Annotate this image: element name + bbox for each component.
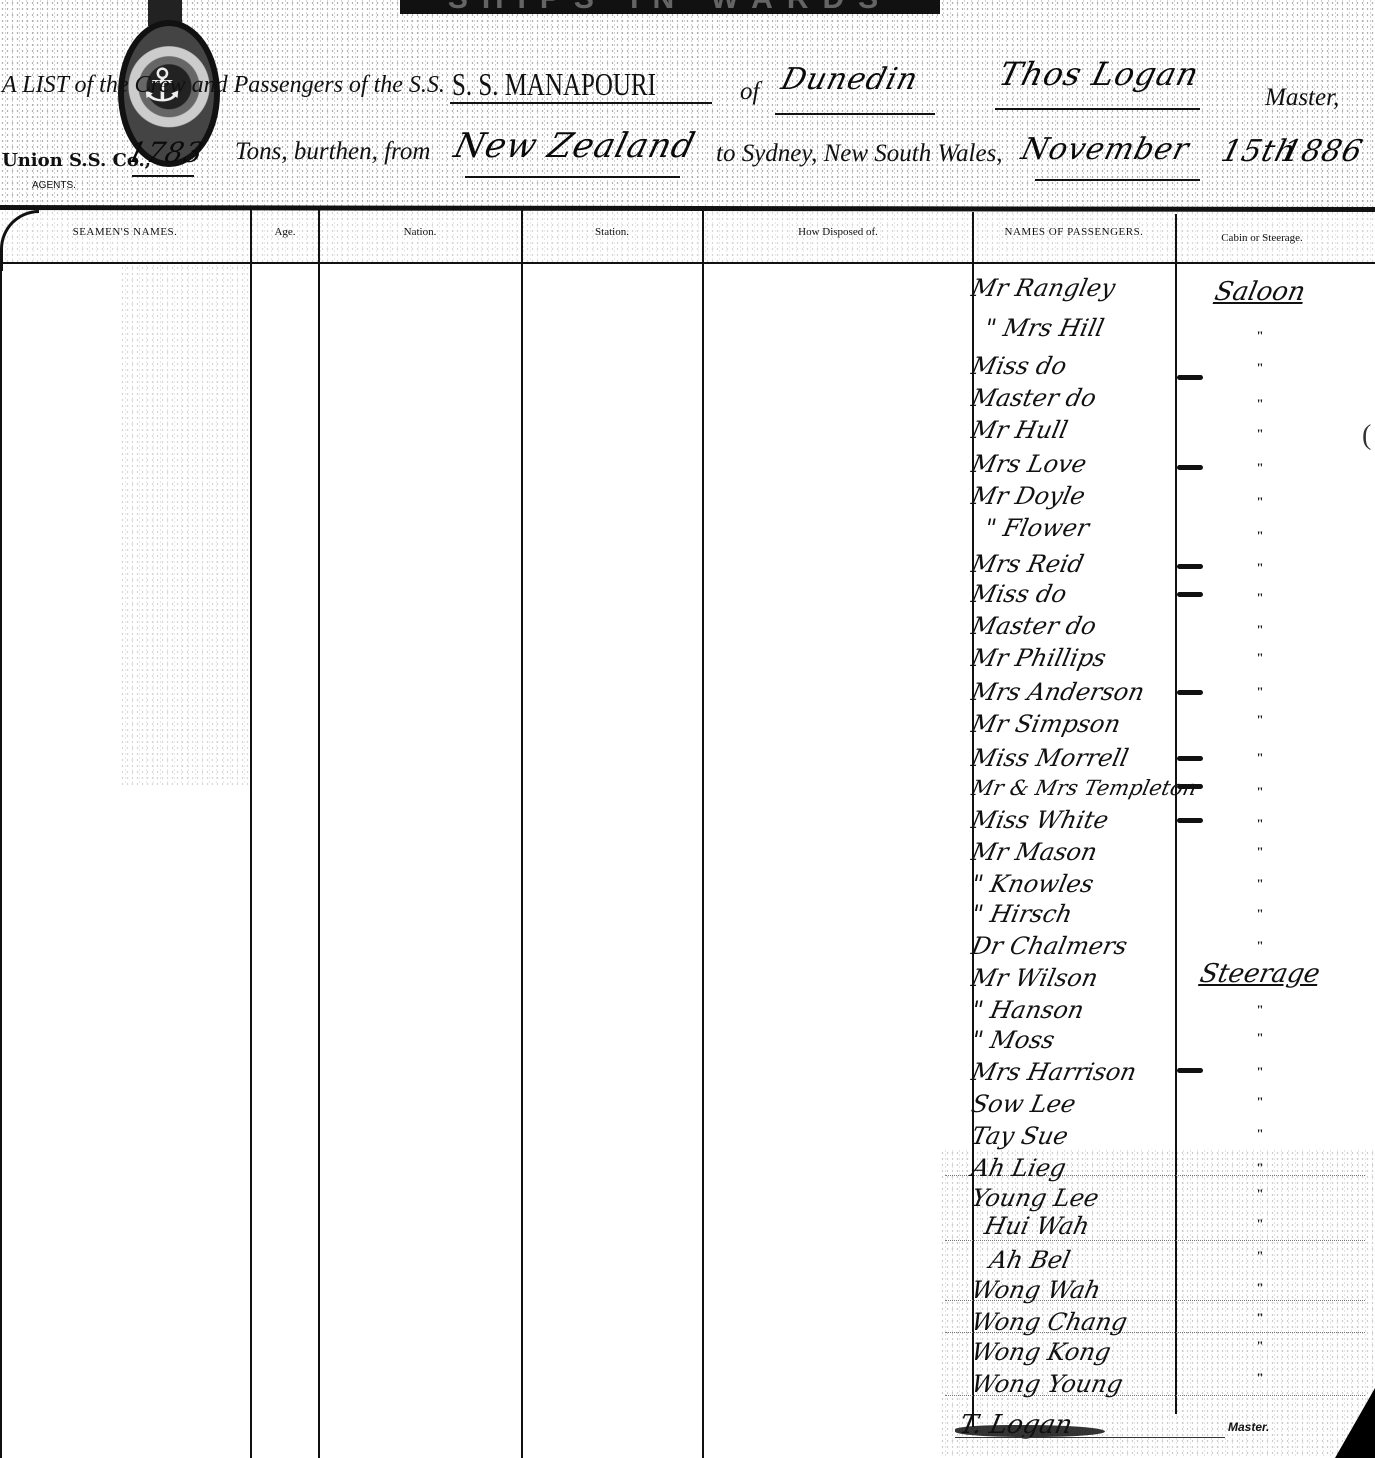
passenger-name: Mr Mason <box>969 836 1176 868</box>
passenger-name: Mr & Mrs Templeton <box>969 772 1176 804</box>
passenger-name: Mrs Reid <box>969 548 1176 580</box>
bracket-mark <box>1177 564 1203 569</box>
tons-label: Tons, burthen, from <box>235 138 430 166</box>
class-value: " <box>1180 642 1340 674</box>
title-banner-text: SHIPS IN WARDS <box>400 0 940 16</box>
column-divider-2 <box>318 210 320 1458</box>
date-month: November <box>1018 132 1193 167</box>
passenger-name: Tay Sue <box>969 1120 1176 1152</box>
class-value: " <box>1180 704 1340 736</box>
passenger-name: Hui Wah <box>982 1210 1189 1242</box>
port-underline <box>775 113 935 115</box>
header-rule-thin <box>0 262 1375 264</box>
class-value: " <box>1180 1118 1340 1150</box>
destination-label: to Sydney, New South Wales, <box>716 140 1003 168</box>
master-underline <box>995 108 1200 110</box>
bracket-mark <box>1177 375 1203 380</box>
passenger-name: Mr Hull <box>969 414 1176 446</box>
class-value: Steerage <box>1177 958 1344 990</box>
class-value: " <box>1180 1362 1340 1394</box>
departure-underline <box>465 176 680 178</box>
passenger-name: Mr Wilson <box>969 962 1176 994</box>
class-value: " <box>1180 1330 1340 1362</box>
ship-name: S. S. MANAPOURI <box>452 66 656 103</box>
column-header-station: Station. <box>523 226 701 238</box>
passenger-name: Mrs Harrison <box>969 1056 1176 1088</box>
class-value: " <box>1180 552 1340 584</box>
passenger-name: Sow Lee <box>969 1088 1176 1120</box>
signature-line <box>955 1437 1225 1438</box>
class-value: " <box>1180 898 1340 930</box>
class-value: " <box>1180 1178 1340 1210</box>
class-value: " <box>1180 868 1340 900</box>
class-value: " <box>1180 486 1340 518</box>
master-label: Master, <box>1265 84 1339 112</box>
class-value: " <box>1180 1086 1340 1118</box>
passenger-name: " Knowles <box>969 868 1176 900</box>
master-signature: T. Logan <box>957 1410 1075 1440</box>
bracket-mark <box>1177 1068 1203 1073</box>
date-year: 1886 <box>1278 134 1367 169</box>
class-value: " <box>1180 320 1340 352</box>
passenger-name: Wong Young <box>969 1368 1176 1400</box>
class-value: " <box>1180 520 1340 552</box>
class-value: " <box>1180 388 1340 420</box>
passenger-name: Master do <box>969 382 1176 414</box>
date-underline <box>1035 179 1200 181</box>
class-value: " <box>1180 1056 1340 1088</box>
column-divider-3 <box>521 210 523 1458</box>
header-rule-thick <box>0 205 1375 212</box>
passenger-name: Mr Doyle <box>969 480 1176 512</box>
column-header-cabin-steerage: Cabin or Steerage. <box>1177 232 1347 244</box>
passenger-name: " Hirsch <box>969 898 1176 930</box>
passenger-name: Mrs Anderson <box>969 676 1176 708</box>
class-value: " <box>1180 1208 1340 1240</box>
passenger-name: Ah Bel <box>987 1244 1194 1276</box>
passenger-name: Mrs Love <box>969 448 1176 480</box>
margin-mark: ( <box>1362 420 1371 452</box>
table-left-edge <box>0 260 2 1458</box>
column-divider-4 <box>702 210 704 1458</box>
page-corner-shadow <box>1335 1388 1375 1458</box>
class-value: " <box>1180 452 1340 484</box>
departure-port: New Zealand <box>450 126 700 166</box>
master-name: Thos Logan <box>995 55 1203 93</box>
passenger-name: Ah Lieg <box>969 1152 1176 1184</box>
tonnage-underline <box>132 175 194 177</box>
passenger-name: " Mrs Hill <box>982 312 1189 344</box>
class-value: " <box>1180 582 1340 614</box>
column-header-nation: Nation. <box>320 226 520 238</box>
class-value: " <box>1180 1022 1340 1054</box>
class-value: " <box>1180 1272 1340 1304</box>
passenger-name: Wong Kong <box>969 1336 1176 1368</box>
of-label: of <box>740 78 759 106</box>
class-value: " <box>1180 352 1340 384</box>
column-header-seamen-names: SEAMEN'S NAMES. <box>10 226 240 238</box>
class-value: " <box>1180 742 1340 774</box>
passenger-name: Miss Morrell <box>969 742 1176 774</box>
passenger-name: Dr Chalmers <box>969 930 1176 962</box>
paper-texture-left <box>120 265 250 785</box>
passenger-name: Mr Simpson <box>969 708 1176 740</box>
passenger-name: Miss White <box>969 804 1176 836</box>
column-header-how-disposed: How Disposed of. <box>704 226 972 238</box>
passenger-name: Mr Phillips <box>969 642 1176 674</box>
header-prefix: A LIST of the Crew and Passengers of the… <box>2 72 445 99</box>
bracket-mark <box>1177 756 1203 761</box>
passenger-name: " Hanson <box>969 994 1176 1026</box>
passenger-name: Wong Chang <box>969 1306 1176 1338</box>
bracket-mark <box>1177 465 1203 470</box>
ship-name-underline <box>450 102 712 104</box>
class-value: " <box>1180 1240 1340 1272</box>
bracket-mark <box>1177 784 1203 789</box>
port-of-registry: Dunedin <box>778 62 922 97</box>
passenger-name: Miss do <box>969 578 1176 610</box>
passenger-name: Mr Rangley <box>969 272 1176 304</box>
class-value: " <box>1180 776 1340 808</box>
class-value: " <box>1180 418 1340 450</box>
column-header-passenger-names: NAMES OF PASSENGERS. <box>974 226 1174 238</box>
bracket-mark <box>1177 592 1203 597</box>
bracket-mark <box>1177 818 1203 823</box>
passenger-name: Master do <box>969 610 1176 642</box>
column-divider-1 <box>250 210 252 1458</box>
passenger-name: Miss do <box>969 350 1176 382</box>
passenger-name: " Moss <box>969 1024 1176 1056</box>
bracket-mark <box>1177 690 1203 695</box>
class-value: Saloon <box>1177 276 1344 308</box>
column-header-age: Age. <box>252 226 318 238</box>
passenger-name: " Flower <box>982 512 1189 544</box>
class-value: " <box>1180 836 1340 868</box>
tonnage: 1783 <box>124 136 207 169</box>
agents-label: AGENTS. <box>32 180 76 191</box>
master-signature-label: Master. <box>1228 1420 1269 1434</box>
passenger-name: Wong Wah <box>969 1274 1176 1306</box>
header-prefix-text: A LIST of the Crew and Passengers of the… <box>2 72 445 98</box>
